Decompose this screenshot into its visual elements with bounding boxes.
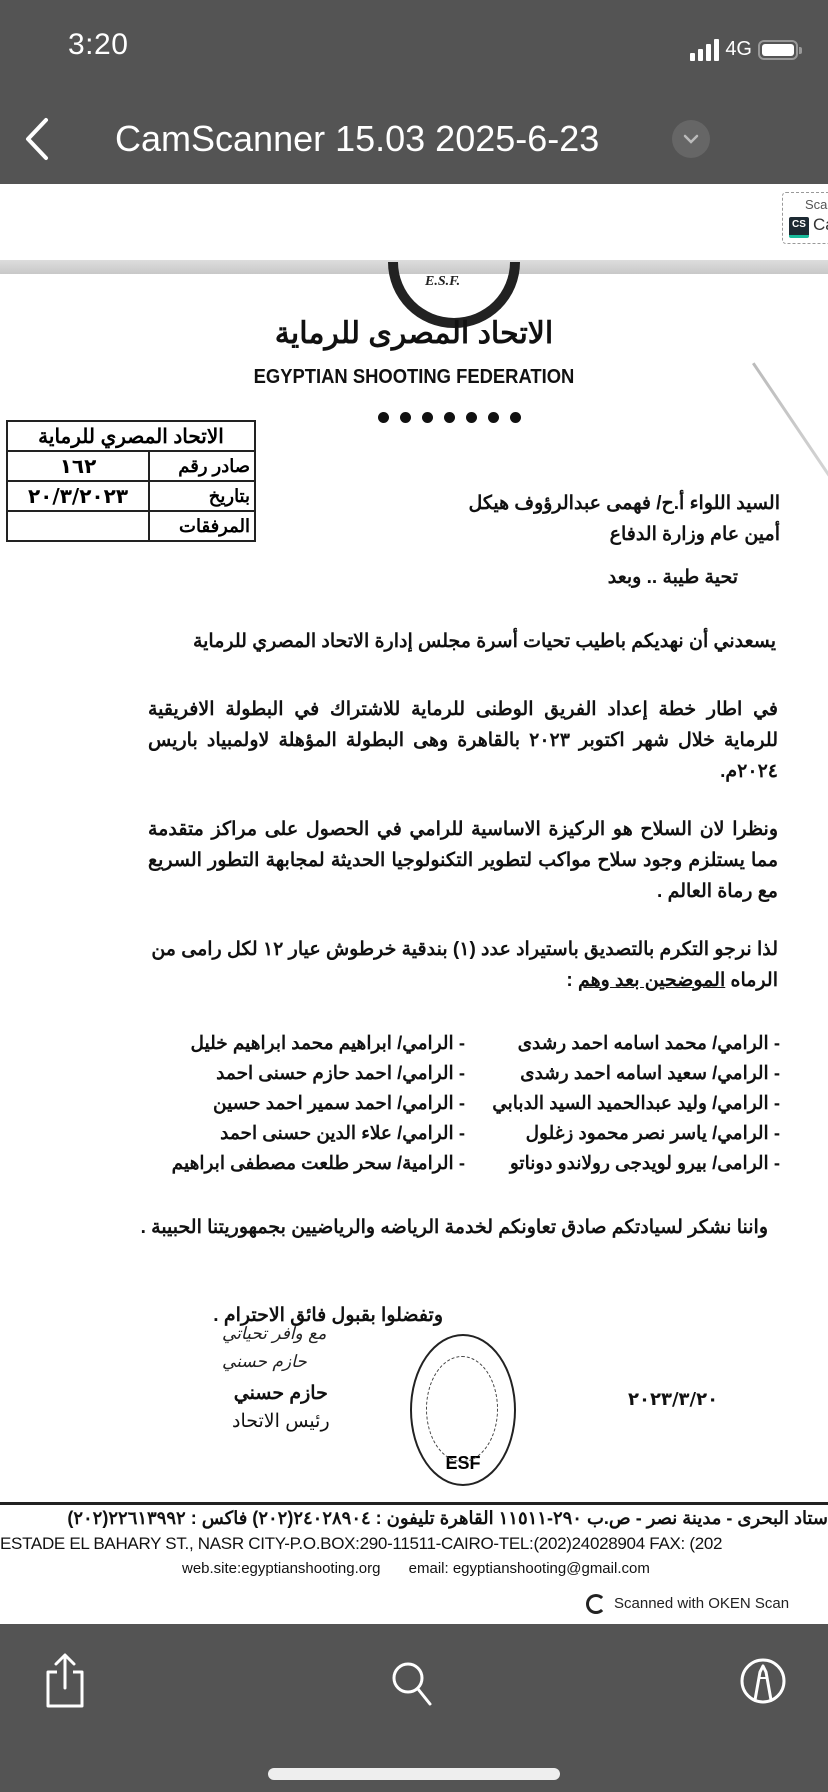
ref-date-label: بتاريخ <box>149 481 255 511</box>
list-item: - الرامية/ سحر طلعت مصطفى ابراهيم <box>150 1148 465 1178</box>
shooters-column-left: - الرامي/ ابراهيم محمد ابراهيم خليل - ال… <box>150 1028 465 1178</box>
share-button[interactable] <box>40 1652 90 1715</box>
search-button[interactable] <box>388 1658 438 1713</box>
handwritten-signature-2: حازم حسني <box>222 1352 307 1372</box>
paragraph-3: ونظرا لان السلاح هو الركيزة الاساسية للر… <box>148 814 778 907</box>
watermark-text: Sca <box>805 197 827 212</box>
signatory-name: حازم حسني <box>232 1380 330 1408</box>
document-title[interactable]: CamScanner 15.03 2025-6-23 <box>115 118 599 160</box>
markup-icon <box>738 1656 788 1706</box>
document-viewer[interactable]: Sca CS Ca E.S.F. الاتحاد المصرى للرماية … <box>0 184 828 1624</box>
camscanner-logo-icon: CS <box>789 217 809 238</box>
ref-attachments-value <box>7 511 149 541</box>
addressee: السيد اللواء أ.ح/ فهمى عبدالرؤوف هيكل أم… <box>468 488 780 550</box>
emblem-text: E.S.F. <box>425 274 460 290</box>
official-seal: ESF <box>410 1334 516 1486</box>
list-item: - الرامي/ سعيد اسامه احمد رشدى <box>465 1058 780 1088</box>
paragraph-4-underlined: الموضحين بعد وهم <box>578 970 725 991</box>
network-label: 4G <box>725 38 752 61</box>
list-item: - الرامي/ محمد اسامه احمد رشدى <box>465 1028 780 1058</box>
home-indicator[interactable] <box>268 1768 560 1780</box>
share-icon <box>40 1652 90 1710</box>
watermark-brand: Ca <box>813 215 828 235</box>
shooters-column-right: - الرامي/ محمد اسامه احمد رشدى - الرامي/… <box>465 1028 780 1178</box>
paragraph-2: في اطار خطة إعداد الفريق الوطنى للرماية … <box>148 694 778 787</box>
battery-icon <box>758 40 798 60</box>
list-item: - الرامي/ احمد سمير احمد حسين <box>150 1088 465 1118</box>
bottom-toolbar <box>0 1624 828 1792</box>
list-item: - الرامي/ ابراهيم محمد ابراهيم خليل <box>150 1028 465 1058</box>
list-item: - الرامي/ وليد عبدالحميد السيد الدبابي <box>465 1088 780 1118</box>
scanned-letter: E.S.F. الاتحاد المصرى للرماية EGYPTIAN S… <box>0 274 828 1624</box>
list-item: - الرامى/ بيرو لويدجى رولاندو دوناتو <box>465 1148 780 1178</box>
oken-logo-icon <box>586 1594 606 1614</box>
signatory: حازم حسني رئيس الاتحاد <box>232 1380 330 1436</box>
nav-bar: CamScanner 15.03 2025-6-23 <box>0 100 828 184</box>
greeting: تحية طيبة .. وبعد <box>608 562 738 593</box>
paragraph-5: واننا نشكر لسيادتكم صادق تعاونكم لخدمة ا… <box>128 1212 768 1243</box>
reference-header: الاتحاد المصري للرماية <box>7 421 255 451</box>
chevron-left-icon <box>20 114 60 164</box>
search-icon <box>388 1658 438 1708</box>
ref-number-value: ١٦٢ <box>7 451 149 481</box>
status-bar: 3:20 4G <box>0 0 828 100</box>
scanner-watermark: Scanned with OKEN Scan <box>586 1594 789 1614</box>
ref-date-value: ٢٠/٣/٢٠٢٣ <box>7 481 149 511</box>
scanner-watermark-text: Scanned with OKEN Scan <box>614 1595 789 1612</box>
decorative-dots <box>378 412 521 423</box>
ref-number-label: صادر رقم <box>149 451 255 481</box>
footer-address-arabic: ستاد البحرى - مدينة نصر - ص.ب ٢٩٠-١١٥١١ … <box>67 1508 828 1529</box>
footer-contact: web.site:egyptianshooting.org email: egy… <box>182 1560 650 1577</box>
paragraph-4: لذا نرجو التكرم بالتصديق باستيراد عدد (١… <box>148 934 778 996</box>
paragraph-4-end: : <box>566 970 572 991</box>
org-name-english: EGYPTIAN SHOOTING FEDERATION <box>33 366 795 389</box>
paragraph-1: يسعدني أن نهديكم باطيب تحيات أسرة مجلس إ… <box>136 626 776 657</box>
signal-icon <box>690 39 719 61</box>
back-button[interactable] <box>20 114 60 164</box>
handwritten-signature-1: مع وافر تحياتي <box>222 1324 326 1344</box>
list-item: - الرامي/ علاء الدين حسنى احمد <box>150 1118 465 1148</box>
status-time: 3:20 <box>68 28 128 62</box>
chevron-down-icon <box>682 133 700 145</box>
markup-button[interactable] <box>738 1656 788 1711</box>
org-name-arabic: الاتحاد المصرى للرماية <box>0 316 828 351</box>
footer-email: email: egyptianshooting@gmail.com <box>409 1560 650 1577</box>
footer-divider <box>0 1502 828 1505</box>
reference-box: الاتحاد المصري للرماية صادر رقم ١٦٢ بتار… <box>6 420 256 542</box>
footer-website: web.site:egyptianshooting.org <box>182 1560 380 1577</box>
status-icons: 4G <box>690 38 798 61</box>
camscanner-watermark: Sca CS Ca <box>782 192 828 244</box>
list-item: - الرامي/ احمد حازم حسنى احمد <box>150 1058 465 1088</box>
addressee-line-1: السيد اللواء أ.ح/ فهمى عبدالرؤوف هيكل <box>468 488 780 519</box>
signatory-title: رئيس الاتحاد <box>232 1408 330 1436</box>
addressee-line-2: أمين عام وزارة الدفاع <box>468 519 780 550</box>
ref-attachments-label: المرفقات <box>149 511 255 541</box>
list-item: - الرامي/ ياسر نصر محمود زغلول <box>465 1118 780 1148</box>
letter-date: ٢٠٢٣/٣/٢٠ <box>628 1384 718 1415</box>
shooters-list: - الرامي/ محمد اسامه احمد رشدى - الرامي/… <box>150 1028 780 1178</box>
footer-address-english: ESTADE EL BAHARY ST., NASR CITY-P.O.BOX:… <box>0 1534 722 1554</box>
title-menu-button[interactable] <box>672 120 710 158</box>
